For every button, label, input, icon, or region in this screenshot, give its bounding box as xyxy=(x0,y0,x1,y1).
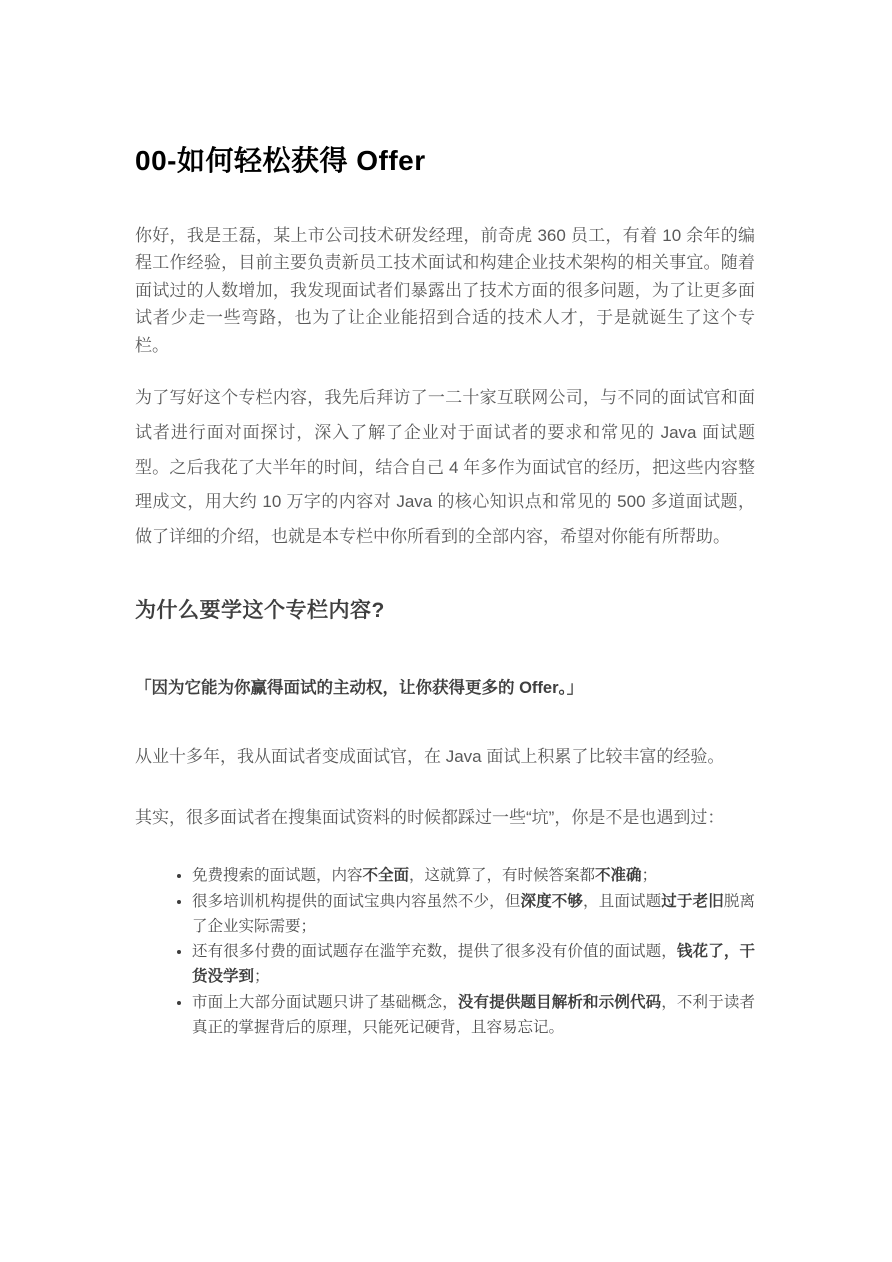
intro-paragraph: 你好，我是王磊，某上市公司技术研发经理，前奇虎 360 员工，有着 10 余年的… xyxy=(135,222,755,360)
quote-line: 「因为它能为你赢得面试的主动权，让你获得更多的 Offer。」 xyxy=(135,675,755,701)
methodology-paragraph: 为了写好这个专栏内容，我先后拜访了一二十家互联网公司，与不同的面试官和面试者进行… xyxy=(135,381,755,554)
list-item-text: 免费搜索的面试题，内容 xyxy=(192,867,363,884)
list-item: 还有很多付费的面试题存在滥竽充数，提供了很多没有价值的面试题，钱花了，干货没学到… xyxy=(192,939,755,990)
experience-paragraph: 从业十多年，我从面试者变成面试官，在 Java 面试上积累了比较丰富的经验。 xyxy=(135,743,755,771)
list-item-emphasis: 深度不够 xyxy=(520,893,583,910)
section-heading-why-learn: 为什么要学这个专栏内容? xyxy=(135,597,755,625)
list-item-text: ，且面试题 xyxy=(583,893,661,910)
list-item-text: ； xyxy=(254,968,270,985)
page-title: 00-如何轻松获得 Offer xyxy=(135,144,755,178)
list-item-text: 还有很多付费的面试题存在滥竽充数，提供了很多没有价值的面试题， xyxy=(192,943,677,960)
list-item-emphasis: 不准确 xyxy=(595,867,642,884)
list-item: 免费搜索的面试题，内容不全面，这就算了，有时候答案都不准确； xyxy=(192,863,755,888)
list-item-text: ； xyxy=(642,867,658,884)
list-item: 很多培训机构提供的面试宝典内容虽然不少，但深度不够，且面试题过于老旧脱离了企业实… xyxy=(192,889,755,940)
list-item-text: ，这就算了，有时候答案都 xyxy=(409,867,595,884)
list-item-text: 很多培训机构提供的面试宝典内容虽然不少，但 xyxy=(192,893,520,910)
list-item-emphasis: 不全面 xyxy=(363,867,410,884)
pitfalls-lead-in-paragraph: 其实，很多面试者在搜集面试资料的时候都踩过一些“坑”，你是不是也遇到过： xyxy=(135,804,755,832)
document-page: 00-如何轻松获得 Offer 你好，我是王磊，某上市公司技术研发经理，前奇虎 … xyxy=(0,0,892,1262)
list-item-text: 市面上大部分面试题只讲了基础概念， xyxy=(192,994,458,1011)
list-item: 市面上大部分面试题只讲了基础概念，没有提供题目解析和示例代码，不利于读者真正的掌… xyxy=(192,990,755,1041)
pitfalls-list: 免费搜索的面试题，内容不全面，这就算了，有时候答案都不准确；很多培训机构提供的面… xyxy=(135,863,755,1040)
list-item-emphasis: 过于老旧 xyxy=(661,893,724,910)
list-item-emphasis: 没有提供题目解析和示例代码 xyxy=(458,994,661,1011)
